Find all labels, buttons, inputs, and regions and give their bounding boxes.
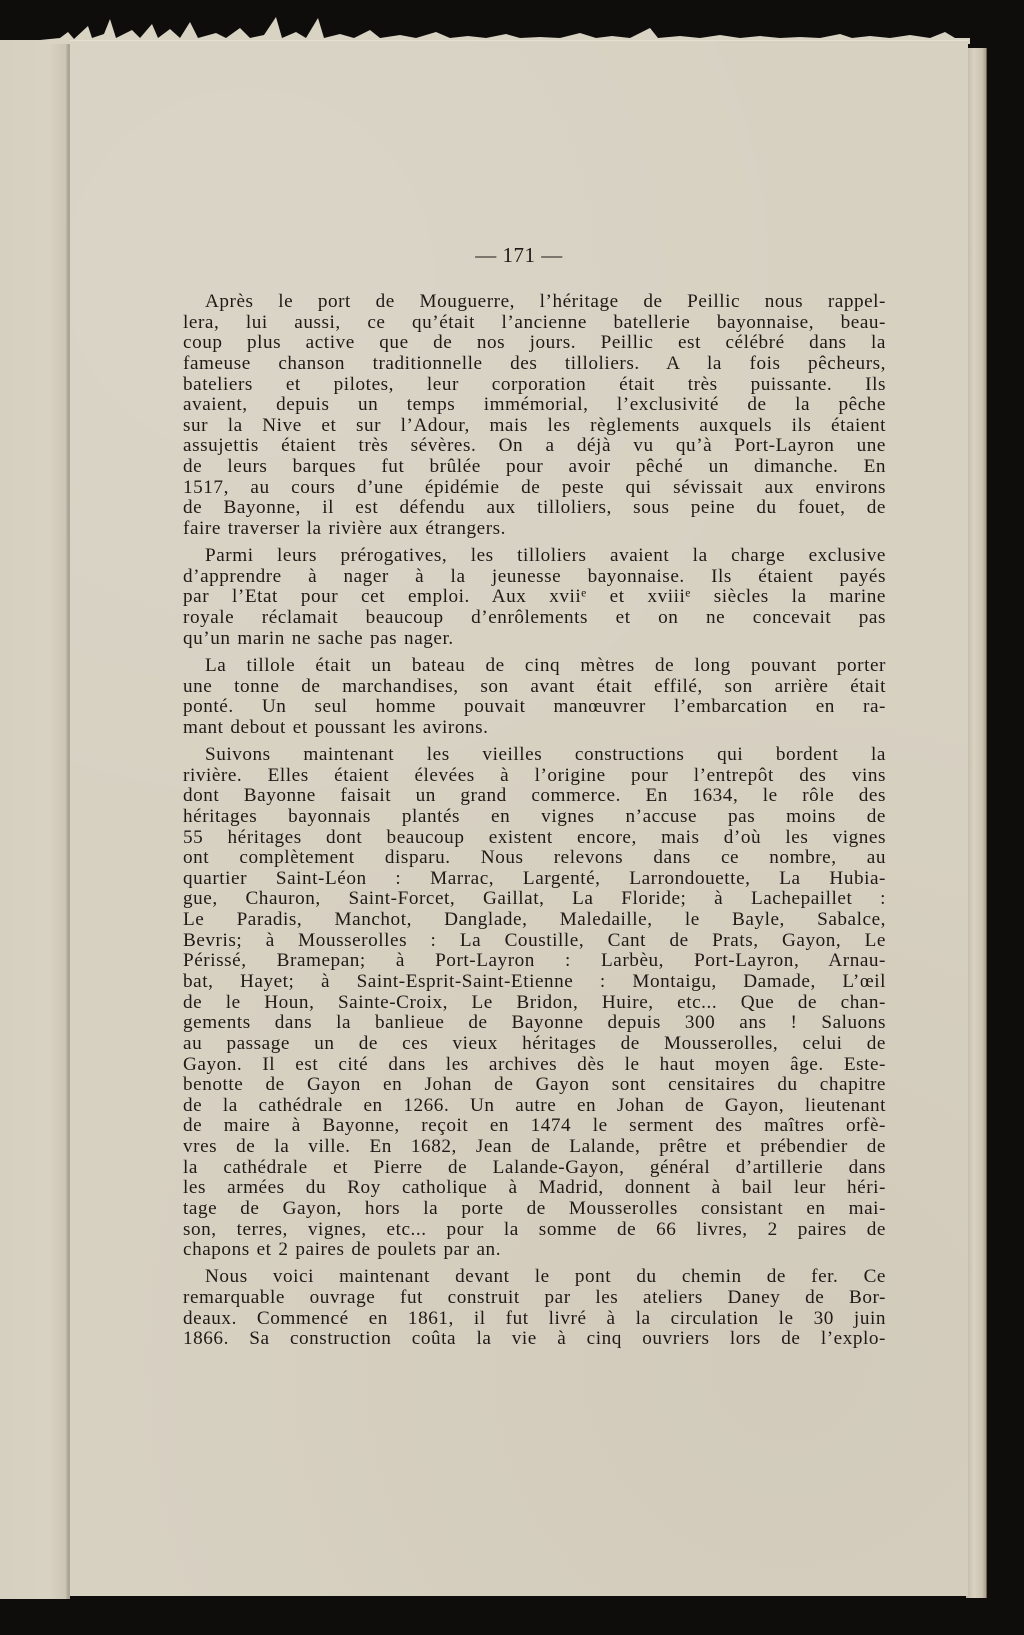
text-line: Après le port de Mouguerre, l’héritage d… <box>183 292 886 313</box>
text-line: de le Houn, Sainte-Croix, Le Bridon, Hui… <box>183 993 886 1014</box>
paragraph-3: La tillole était un bateau de cinq mètre… <box>183 656 886 739</box>
text-line: Nous voici maintenant devant le pont du … <box>183 1267 886 1288</box>
text-line: de leurs barques fut brûlée pour avoir p… <box>183 457 886 478</box>
text-line: deaux. Commencé en 1861, il fut livré à … <box>183 1309 886 1330</box>
text-line: chapons et 2 paires de poulets par an. <box>183 1240 886 1261</box>
text-line: faire traverser la rivière aux étrangers… <box>183 519 886 540</box>
text-line: qu’un marin ne sache pas nager. <box>183 629 886 650</box>
text-line: fameuse chanson traditionnelle des tillo… <box>183 354 886 375</box>
text-line: au passage un de ces vieux héritages de … <box>183 1034 886 1055</box>
text-line: par l’Etat pour cet emploi. Aux xviiᵉ et… <box>183 587 886 608</box>
text-line: rivière. Elles étaient élevées à l’origi… <box>183 766 886 787</box>
text-line: avaient, depuis un temps immémorial, l’e… <box>183 395 886 416</box>
text-line: gements dans la banlieue de Bayonne depu… <box>183 1013 886 1034</box>
text-line: son, terres, vignes, etc... pour la somm… <box>183 1220 886 1241</box>
body-text: Après le port de Mouguerre, l’héritage d… <box>183 292 886 1357</box>
text-line: 55 héritages dont beaucoup existent enco… <box>183 828 886 849</box>
text-line: 1866. Sa construction coûta la vie à cin… <box>183 1329 886 1350</box>
text-line: assujettis étaient très sévères. On a dé… <box>183 436 886 457</box>
text-line: la cathédrale et Pierre de Lalande-Gayon… <box>183 1158 886 1179</box>
text-line: Le Paradis, Manchot, Danglade, Maledaill… <box>183 910 886 931</box>
text-line: ponté. Un seul homme pouvait manœuvrer l… <box>183 697 886 718</box>
text-line: Parmi leurs prérogatives, les tilloliers… <box>183 546 886 567</box>
text-line: lera, lui aussi, ce qu’était l’ancienne … <box>183 313 886 334</box>
text-line: La tillole était un bateau de cinq mètre… <box>183 656 886 677</box>
text-line: royale réclamait beaucoup d’enrôlements … <box>183 608 886 629</box>
text-line: tage de Gayon, hors la porte de Moussero… <box>183 1199 886 1220</box>
text-line: 1517, au cours d’une épidémie de peste q… <box>183 478 886 499</box>
text-line: bat, Hayet; à Saint-Esprit-Saint-Etienne… <box>183 972 886 993</box>
paragraph-5: Nous voici maintenant devant le pont du … <box>183 1267 886 1350</box>
text-line: gue, Chauron, Saint-Forcet, Gaillat, La … <box>183 889 886 910</box>
text-line: mant debout et poussant les avirons. <box>183 718 886 739</box>
paragraph-1: Après le port de Mouguerre, l’héritage d… <box>183 292 886 540</box>
paragraph-2: Parmi leurs prérogatives, les tilloliers… <box>183 546 886 649</box>
text-line: de maire à Bayonne, reçoit en 1474 le se… <box>183 1116 886 1137</box>
text-line: Bevris; à Mousserolles : La Coustille, C… <box>183 931 886 952</box>
text-line: de la cathédrale en 1266. Un autre en Jo… <box>183 1096 886 1117</box>
text-line: les armées du Roy catholique à Madrid, d… <box>183 1178 886 1199</box>
text-line: d’apprendre à nager à la jeunesse bayonn… <box>183 567 886 588</box>
book-page: — 171 — Après le port de Mouguerre, l’hé… <box>70 40 968 1596</box>
page-stack-edge <box>966 48 987 1598</box>
text-line: héritages bayonnais plantés en vignes n’… <box>183 807 886 828</box>
text-line: benotte de Gayon en Johan de Gayon sont … <box>183 1075 886 1096</box>
text-line: Périssé, Bramepan; à Port-Layron : Larbè… <box>183 951 886 972</box>
text-line: sur la Nive et sur l’Adour, mais les règ… <box>183 416 886 437</box>
facing-page-edge <box>0 40 70 1599</box>
text-line: bateliers et pilotes, leur corporation é… <box>183 375 886 396</box>
paragraph-4: Suivons maintenant les vieilles construc… <box>183 745 886 1261</box>
text-line: vres de la ville. En 1682, Jean de Lalan… <box>183 1137 886 1158</box>
text-line: ont complètement disparu. Nous relevons … <box>183 848 886 869</box>
text-line: quartier Saint-Léon : Marrac, Largenté, … <box>183 869 886 890</box>
text-line: remarquable ouvrage fut construit par le… <box>183 1288 886 1309</box>
text-line: une tonne de marchandises, son avant éta… <box>183 677 886 698</box>
page-number: — 171 — <box>70 243 968 268</box>
text-line: de Bayonne, il est défendu aux tillolier… <box>183 498 886 519</box>
text-line: Suivons maintenant les vieilles construc… <box>183 745 886 766</box>
text-line: coup plus active que de nos jours. Peill… <box>183 333 886 354</box>
text-line: Gayon. Il est cité dans les archives dès… <box>183 1055 886 1076</box>
text-line: dont Bayonne faisait un grand commerce. … <box>183 786 886 807</box>
